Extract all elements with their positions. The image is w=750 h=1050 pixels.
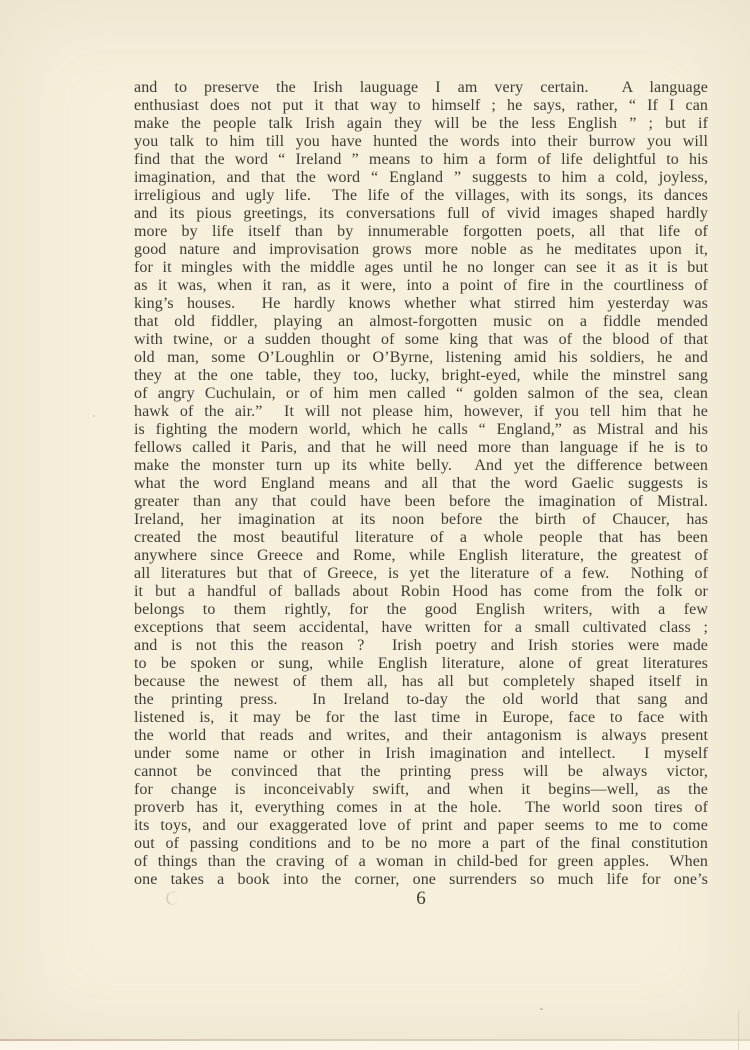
text-line: irreligious and ugly life. The life of t… <box>134 187 708 205</box>
page-number: 6 <box>134 888 708 910</box>
text-line: proverb has it, everything comes in at t… <box>134 799 708 817</box>
text-line: fellows called it Paris, and that he wil… <box>134 439 708 457</box>
text-line: with twine, or a sudden thought of some … <box>134 331 708 349</box>
text-line: find that the word “ Ireland ” means to … <box>134 151 708 169</box>
text-line: you talk to him till you have hunted the… <box>134 133 708 151</box>
text-line: created the most beautiful literature of… <box>134 529 708 547</box>
text-line: out of passing conditions and to be no m… <box>134 835 708 853</box>
text-line: of things than the craving of a woman in… <box>134 853 708 871</box>
text-line: for it mingles with the middle ages unti… <box>134 259 708 277</box>
text-line: imagination, and that the word “ England… <box>134 169 708 187</box>
text-line: king’s houses. He hardly knows whether w… <box>134 295 708 313</box>
text-line: make the monster turn up its white belly… <box>134 457 708 475</box>
text-line: hawk of the air.” It will not please him… <box>134 403 708 421</box>
text-line: the world that reads and writes, and the… <box>134 727 708 745</box>
paper-speck <box>540 1008 543 1010</box>
text-line: good nature and improvisation grows more… <box>134 241 708 259</box>
paper-speck <box>93 415 95 417</box>
text-line: they at the one table, they too, lucky, … <box>134 367 708 385</box>
paper-speck <box>549 265 552 268</box>
text-line: of angry Cuchulain, or of him men called… <box>134 385 708 403</box>
text-line: is fighting the modern world, which he c… <box>134 421 708 439</box>
text-line: for change is inconceivably swift, and w… <box>134 781 708 799</box>
book-page: and to preserve the Irish lauguage I am … <box>0 0 750 1050</box>
text-line: greater than any that could have been be… <box>134 493 708 511</box>
text-line: and its pious greetings, its conversatio… <box>134 205 708 223</box>
text-line: the printing press. In Ireland to-day th… <box>134 691 708 709</box>
text-line: that old fiddler, playing an almost-forg… <box>134 313 708 331</box>
text-line: listened is, it may be for the last time… <box>134 709 708 727</box>
text-line: what the word England means and all that… <box>134 475 708 493</box>
text-line: cannot be convinced that the printing pr… <box>134 763 708 781</box>
text-line: enthusiast does not put it that way to h… <box>134 97 708 115</box>
text-line: Ireland, her imagination at its noon bef… <box>134 511 708 529</box>
text-line: anywhere since Greece and Rome, while En… <box>134 547 708 565</box>
text-line: more by life itself than by innumerable … <box>134 223 708 241</box>
text-line: make the people talk Irish again they wi… <box>134 115 708 133</box>
text-line: because the newest of them all, has all … <box>134 673 708 691</box>
text-line: exceptions that seem accidental, have wr… <box>134 619 708 637</box>
text-line: old man, some O’Loughlin or O’Byrne, lis… <box>134 349 708 367</box>
body-text: and to preserve the Irish lauguage I am … <box>134 79 708 889</box>
text-line: belongs to them rightly, for the good En… <box>134 601 708 619</box>
text-line: and to preserve the Irish lauguage I am … <box>134 79 708 97</box>
scan-edge-strip <box>0 1041 750 1050</box>
text-line: one takes a book into the corner, one su… <box>134 871 708 889</box>
text-line: under some name or other in Irish imagin… <box>134 745 708 763</box>
text-line: all literatures but that of Greece, is y… <box>134 565 708 583</box>
text-line: it but a handful of ballads about Robin … <box>134 583 708 601</box>
text-line: as it was, when it ran, as it were, into… <box>134 277 708 295</box>
scan-page-right-edge <box>738 1010 739 1050</box>
text-line: to be spoken or sung, while English lite… <box>134 655 708 673</box>
text-line: its toys, and our exaggerated love of pr… <box>134 817 708 835</box>
text-line: and is not this the reason ? Irish poetr… <box>134 637 708 655</box>
